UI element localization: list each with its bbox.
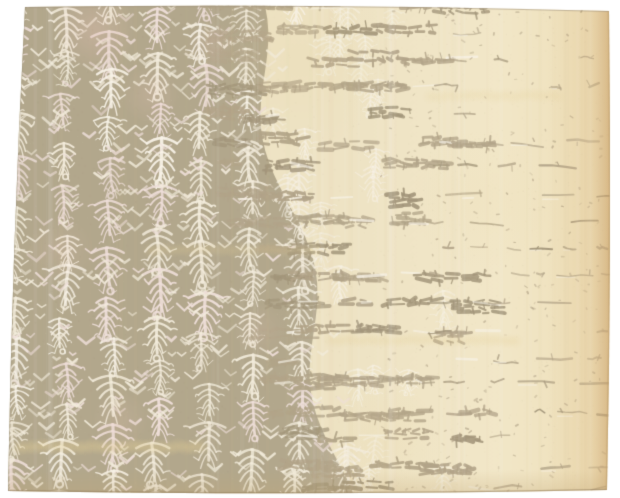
photo-backdrop: [0, 0, 620, 498]
rug-image: [0, 0, 620, 498]
